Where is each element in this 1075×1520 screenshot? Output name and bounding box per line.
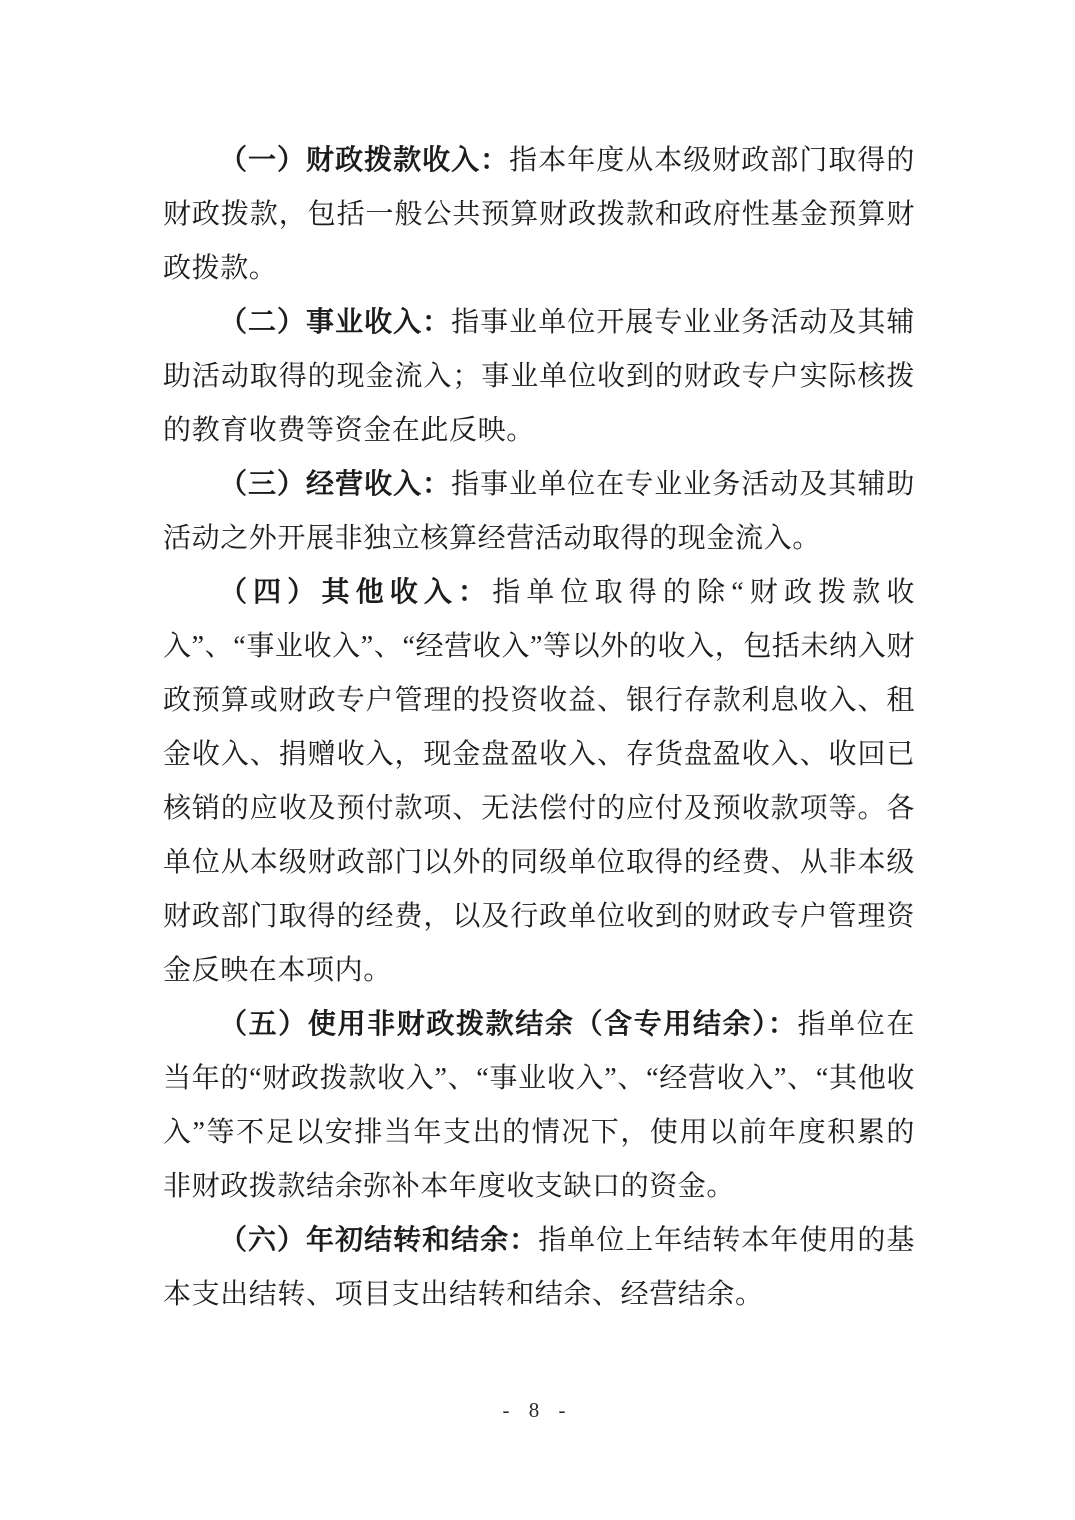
paragraph-4-body: 指单位取得的除“财政拨款收入”、“事业收入”、“经营收入”等以外的收入，包括未纳… xyxy=(163,577,915,986)
paragraph-1-lead: （一）财政拨款收入： xyxy=(219,145,509,176)
paragraph-6-lead: （六）年初结转和结余： xyxy=(219,1225,538,1256)
paragraph-4-lead: （四）其他收入： xyxy=(219,577,492,608)
paragraph-4: （四）其他收入：指单位取得的除“财政拨款收入”、“事业收入”、“经营收入”等以外… xyxy=(163,566,915,998)
paragraph-1: （一）财政拨款收入：指本年度从本级财政部门取得的财政拨款，包括一般公共预算财政拨… xyxy=(163,134,915,296)
document-page: （一）财政拨款收入：指本年度从本级财政部门取得的财政拨款，包括一般公共预算财政拨… xyxy=(0,0,1075,1520)
paragraph-5: （五）使用非财政拨款结余（含专用结余）：指单位在当年的“财政拨款收入”、“事业收… xyxy=(163,998,915,1214)
paragraph-3-lead: （三）经营收入： xyxy=(219,469,451,500)
paragraph-3: （三）经营收入：指事业单位在专业业务活动及其辅助活动之外开展非独立核算经营活动取… xyxy=(163,458,915,566)
document-body: （一）财政拨款收入：指本年度从本级财政部门取得的财政拨款，包括一般公共预算财政拨… xyxy=(163,134,915,1322)
paragraph-2: （二）事业收入：指事业单位开展专业业务活动及其辅助活动取得的现金流入；事业单位收… xyxy=(163,296,915,458)
page-number: - 8 - xyxy=(0,1398,1075,1423)
paragraph-5-lead: （五）使用非财政拨款结余（含专用结余）： xyxy=(219,1009,798,1040)
paragraph-6: （六）年初结转和结余：指单位上年结转本年使用的基本支出结转、项目支出结转和结余、… xyxy=(163,1214,915,1322)
paragraph-2-lead: （二）事业收入： xyxy=(219,307,451,338)
